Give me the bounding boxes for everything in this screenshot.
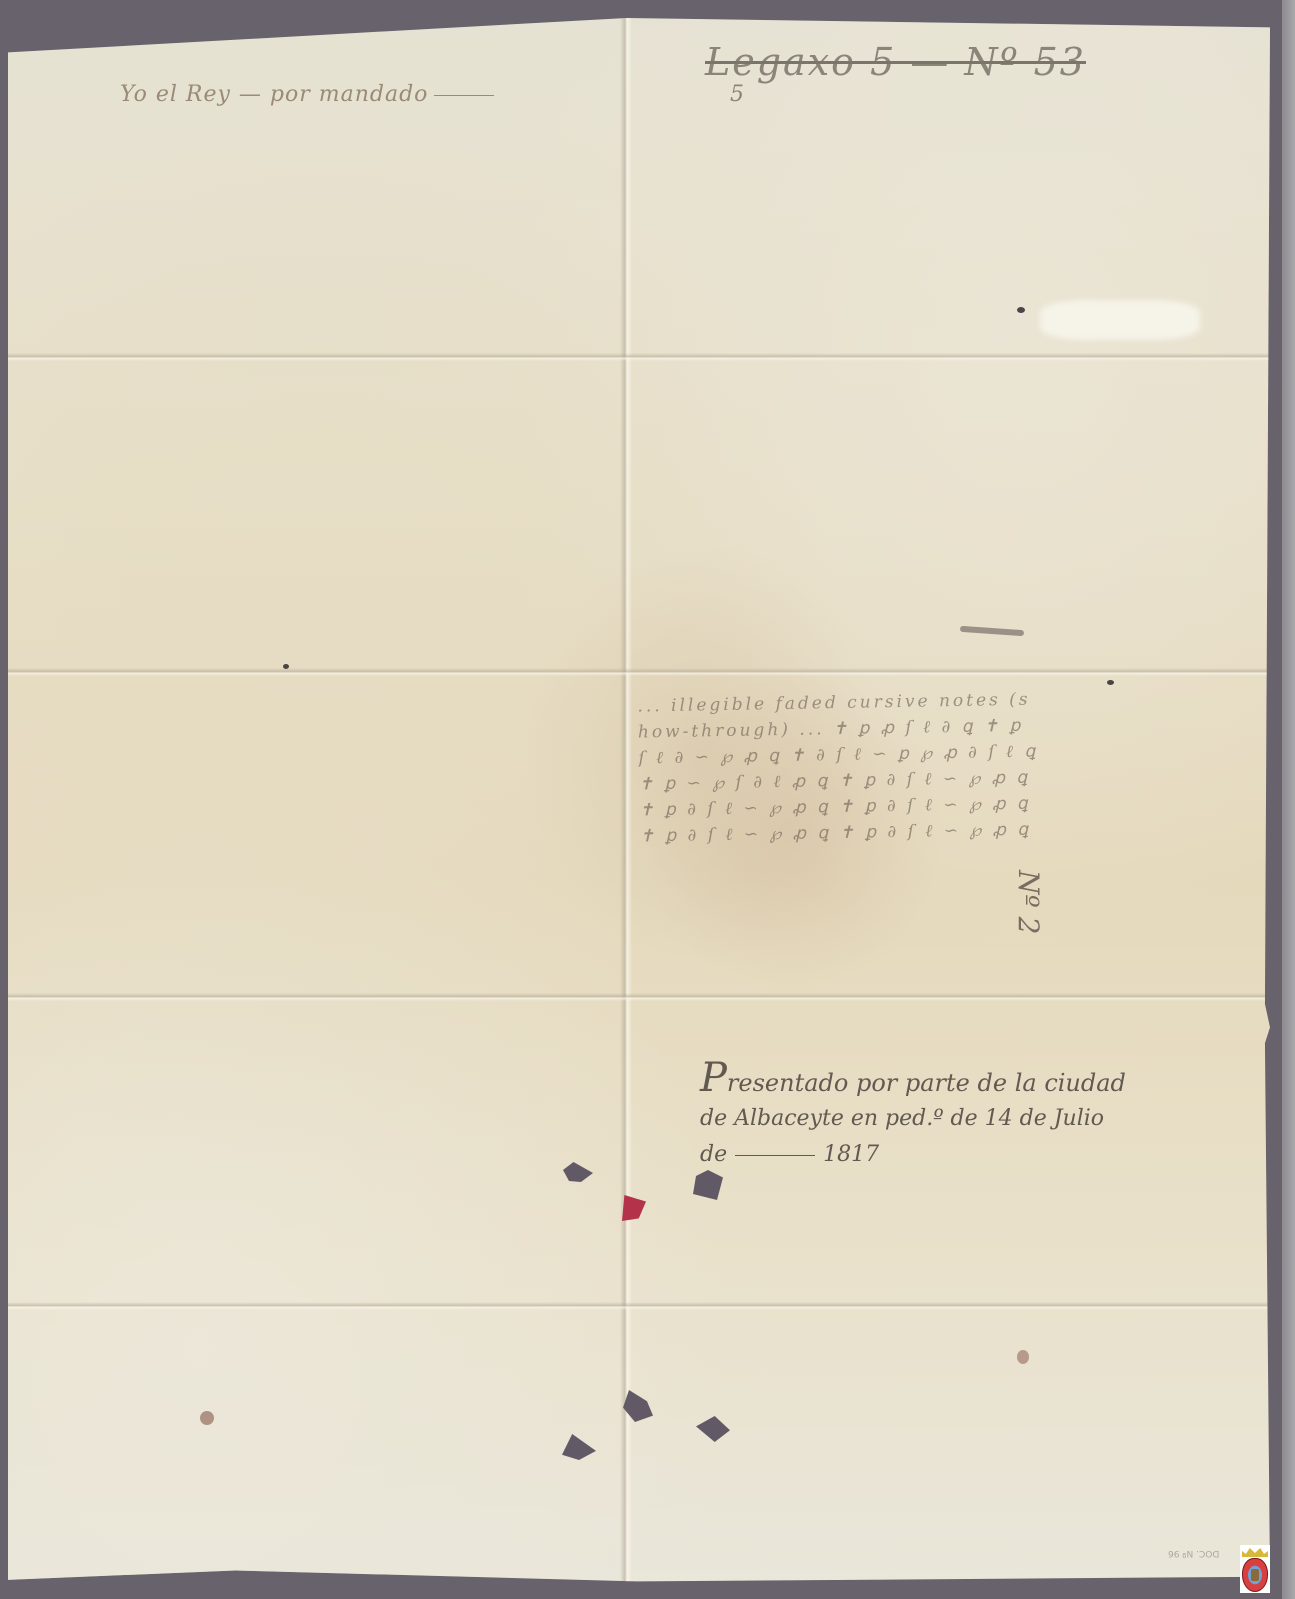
horizontal-fold-line — [8, 993, 1270, 1001]
endorsement-line-1: Presentado por parte de la ciudad — [700, 1060, 1140, 1101]
vertical-fold-line — [620, 18, 632, 1583]
legajo-note: Legaxo 5 — Nº 53 — [705, 40, 1086, 84]
coat-of-arms-icon — [1240, 1545, 1270, 1593]
margin-note: Nº 2 — [1012, 870, 1045, 934]
endorsement-line-1-text: resentado por parte de la ciudad — [727, 1069, 1126, 1097]
stain-spot — [1017, 307, 1025, 313]
endorsement-line-2: de Albaceyte en ped.º de 14 de Julio — [700, 1101, 1140, 1137]
royal-signature-text: Yo el Rey — por mandado — [120, 82, 428, 107]
endorsement-year: 1817 — [823, 1142, 879, 1167]
endorsement-line-3-prefix: de — [700, 1142, 727, 1167]
endorsement-line-3: de1817 — [700, 1137, 1140, 1173]
stain-spot — [200, 1411, 214, 1425]
stain-spot — [283, 664, 289, 669]
royal-signature: Yo el Rey — por mandado — [120, 82, 494, 107]
horizontal-fold-line — [8, 353, 1270, 361]
endorsement-initial: P — [700, 1055, 727, 1101]
archive-reference: DOC. Nº 96 — [1168, 1548, 1219, 1558]
legajo-sub-note: 5 — [730, 82, 744, 107]
horizontal-fold-line — [8, 668, 1270, 676]
crown-icon — [1242, 1547, 1268, 1557]
signature-flourish — [434, 95, 494, 96]
abrasion-patch — [1040, 300, 1200, 340]
stain-spot — [1017, 1350, 1029, 1364]
endorsement-flourish — [735, 1155, 815, 1156]
faded-text-block: ... illegible faded cursive notes (show-… — [637, 687, 1043, 1014]
shield-icon — [1242, 1558, 1268, 1592]
scanner-edge-strip — [1282, 0, 1295, 1599]
horizontal-fold-line — [8, 1302, 1270, 1310]
stain-spot — [1107, 680, 1114, 685]
endorsement-note: Presentado por parte de la ciudad de Alb… — [700, 1060, 1140, 1173]
